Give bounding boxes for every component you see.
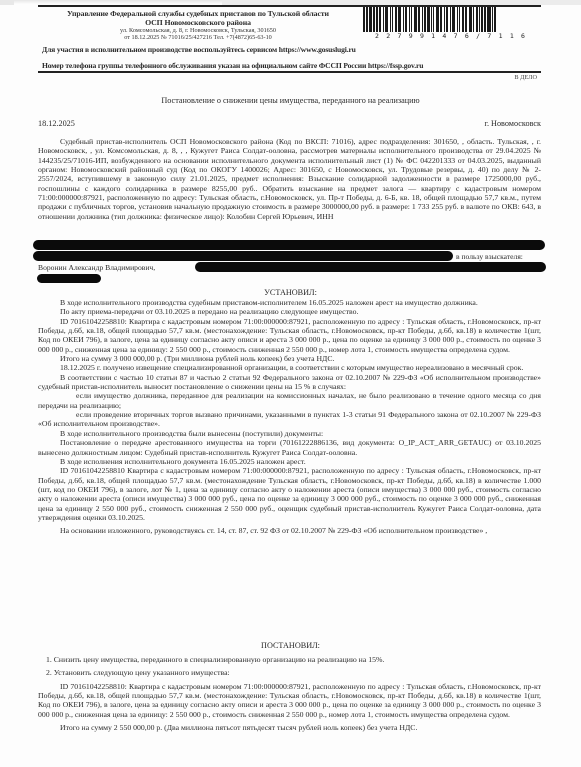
resolved-section: 1. Снизить цену имущества, переданного в… (38, 655, 541, 732)
established-paragraph: В ходе исполнения исполнительного докуме… (38, 457, 541, 466)
barcode-digit: 9 (420, 32, 424, 40)
barcode-bar (452, 7, 455, 32)
redaction-bar (195, 262, 546, 272)
registration-line: от 18.12.2025 № 71016/25/427216 Тел. +7(… (38, 34, 358, 41)
intro-section: Судебный пристав-исполнитель ОСП Новомос… (38, 137, 541, 221)
header-agency-block: Управление Федеральной службы судебных п… (38, 9, 358, 41)
established-paragraph: если имущество должника, переданное для … (38, 391, 541, 410)
barcode-bar (427, 7, 429, 32)
barcode-bar (462, 7, 464, 32)
resolved-total: Итого на сумму 2 550 000,00 р. (Два милл… (38, 723, 541, 732)
established-paragraph: По акту приема-передачи от 03.10.2025 в … (38, 307, 541, 316)
barcode-digit: 4 (442, 32, 446, 40)
established-paragraph: В ходе исполнительного производства были… (38, 429, 541, 438)
barcode-digits: 227991476/7116 (363, 32, 539, 40)
agency-name: Управление Федеральной службы судебных п… (38, 9, 358, 18)
barcode-bar (385, 7, 388, 32)
barcode-bar (395, 7, 397, 32)
barcode-bar (450, 7, 451, 32)
resolved-heading: ПОСТАНОВИЛ: (0, 641, 581, 650)
barcode-bar (433, 7, 434, 32)
barcode-bar (409, 7, 410, 32)
established-paragraph: Постановление о передаче арестованного и… (38, 438, 541, 457)
resolved-item: 2. Установить следующую цену указанного … (38, 668, 541, 677)
date-place-row: 18.12.2025 г. Новомосковск (38, 119, 541, 128)
barcode-bar (422, 7, 423, 32)
barcode-bar (457, 7, 458, 32)
scan-edge-left (0, 0, 14, 5)
barcode-digit: 2 (386, 32, 390, 40)
barcode-bar (459, 7, 460, 32)
resolved-item: 1. Снизить цену имущества, переданного в… (38, 655, 541, 664)
barcode-bar (444, 7, 445, 32)
barcode-bars (363, 7, 539, 32)
barcode-bar (492, 7, 493, 32)
barcode-bar (465, 7, 467, 32)
barcode-bar (398, 7, 401, 32)
barcode-bar (414, 7, 417, 32)
redaction-bar (33, 251, 453, 261)
barcode-digit: 1 (510, 32, 514, 40)
barcode-bar (473, 7, 474, 32)
barcode-bar (484, 7, 486, 32)
creditor-name: Воронин Александр Владимирович, (38, 263, 155, 272)
barcode-bar (479, 7, 480, 32)
gosuslugi-notice: Для участия в исполнительном производств… (42, 45, 356, 54)
barcode-bar (469, 7, 472, 32)
established-paragraph: ID 70161042258810: Квартира с кадастровы… (38, 317, 541, 354)
barcode-bar (369, 7, 372, 32)
barcode-bar (405, 7, 407, 32)
barcode-bar (373, 7, 374, 32)
barcode-digit: 6 (465, 32, 469, 40)
barcode-bar (440, 7, 442, 32)
barcode-bar (436, 7, 439, 32)
barcode-bar (392, 7, 393, 32)
established-paragraph: В ходе исполнительного производства суде… (38, 298, 541, 307)
established-section: В ходе исполнительного производства суде… (38, 298, 541, 536)
established-paragraph: Итого на сумму 3 000 000,00 р. (Три милл… (38, 354, 541, 363)
document-date: 18.12.2025 (38, 119, 75, 128)
barcode-bar (383, 7, 384, 32)
barcode-digit: 1 (431, 32, 435, 40)
barcode-bar (376, 7, 378, 32)
barcode-digit: 7 (454, 32, 458, 40)
barcode-bar (363, 7, 365, 32)
barcode-bar (411, 7, 412, 32)
established-paragraph: В соответствии с частью 10 статьи 87 и ч… (38, 373, 541, 392)
barcode-bar (487, 7, 490, 32)
barcode-bar (366, 7, 367, 32)
barcode-digit: 2 (375, 32, 379, 40)
barcode-bar (446, 7, 448, 32)
established-paragraph: На основании изложенного, руководствуясь… (38, 526, 541, 535)
redaction-bar (33, 240, 545, 250)
archive-stamp: В ДЕЛО (514, 74, 537, 81)
barcode-bar (494, 7, 496, 32)
barcode-bar (481, 7, 482, 32)
barcode-digit: 1 (499, 32, 503, 40)
barcode-bar (431, 7, 432, 32)
barcode-digit: 7 (487, 32, 491, 40)
document-title: Постановление о снижении цены имущества,… (0, 96, 581, 105)
established-paragraph: ID 70161042258810 Квартира с кадастровым… (38, 466, 541, 522)
established-paragraph: 18.12.2025 г. получено извещение специал… (38, 363, 541, 372)
department-name: ОСП Новомосковского района (38, 18, 358, 27)
barcode-bar (424, 7, 426, 32)
barcode-digit: 6 (521, 32, 525, 40)
redaction-bar (37, 274, 101, 283)
established-paragraph: если проведение вторичных торгов вызвано… (38, 410, 541, 429)
barcode: 227991476/7116 (363, 7, 539, 39)
phone-notice: Номер телефона группы телефонного обслуж… (42, 61, 423, 70)
resolved-item: ID 70161042258810: Квартира с кадастровы… (38, 682, 541, 719)
header-bottom-rule (38, 71, 541, 73)
barcode-bar (418, 7, 420, 32)
department-address: ул. Комсомольская, д. 8, г. Новомосковск… (38, 27, 358, 34)
intro-paragraph: Судебный пристав-исполнитель ОСП Новомос… (38, 137, 541, 221)
barcode-bar (476, 7, 478, 32)
barcode-digit: 9 (409, 32, 413, 40)
document-page: Управление Федеральной службы судебных п… (0, 0, 581, 767)
established-heading: УСТАНОВИЛ: (0, 288, 581, 297)
in-favor-label: в пользу взыскателя: (456, 252, 523, 261)
barcode-digit: / (476, 32, 480, 40)
barcode-bar (390, 7, 391, 32)
barcode-bar (403, 7, 404, 32)
barcode-digit: 7 (397, 32, 401, 40)
barcode-bar (379, 7, 381, 32)
document-city: г. Новомосковск (485, 119, 541, 128)
